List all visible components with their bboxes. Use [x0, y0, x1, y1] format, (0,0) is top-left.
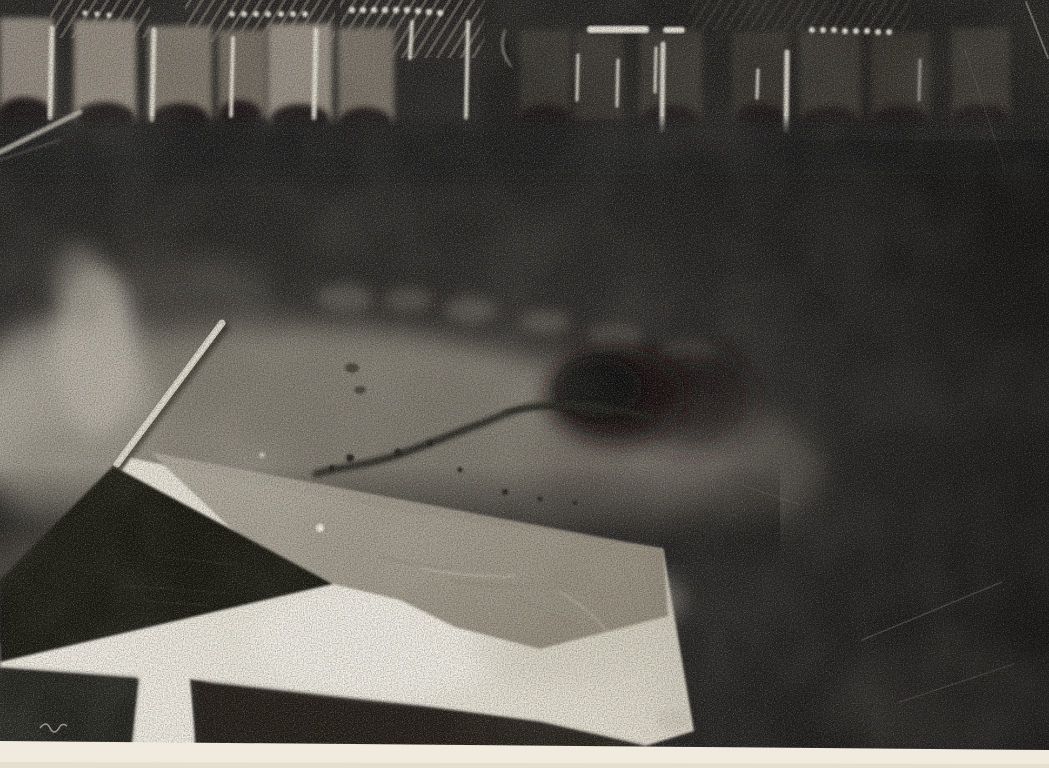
screenshot-root — [0, 0, 1049, 768]
photograph — [0, 0, 1049, 768]
vignette-right — [640, 140, 1049, 768]
